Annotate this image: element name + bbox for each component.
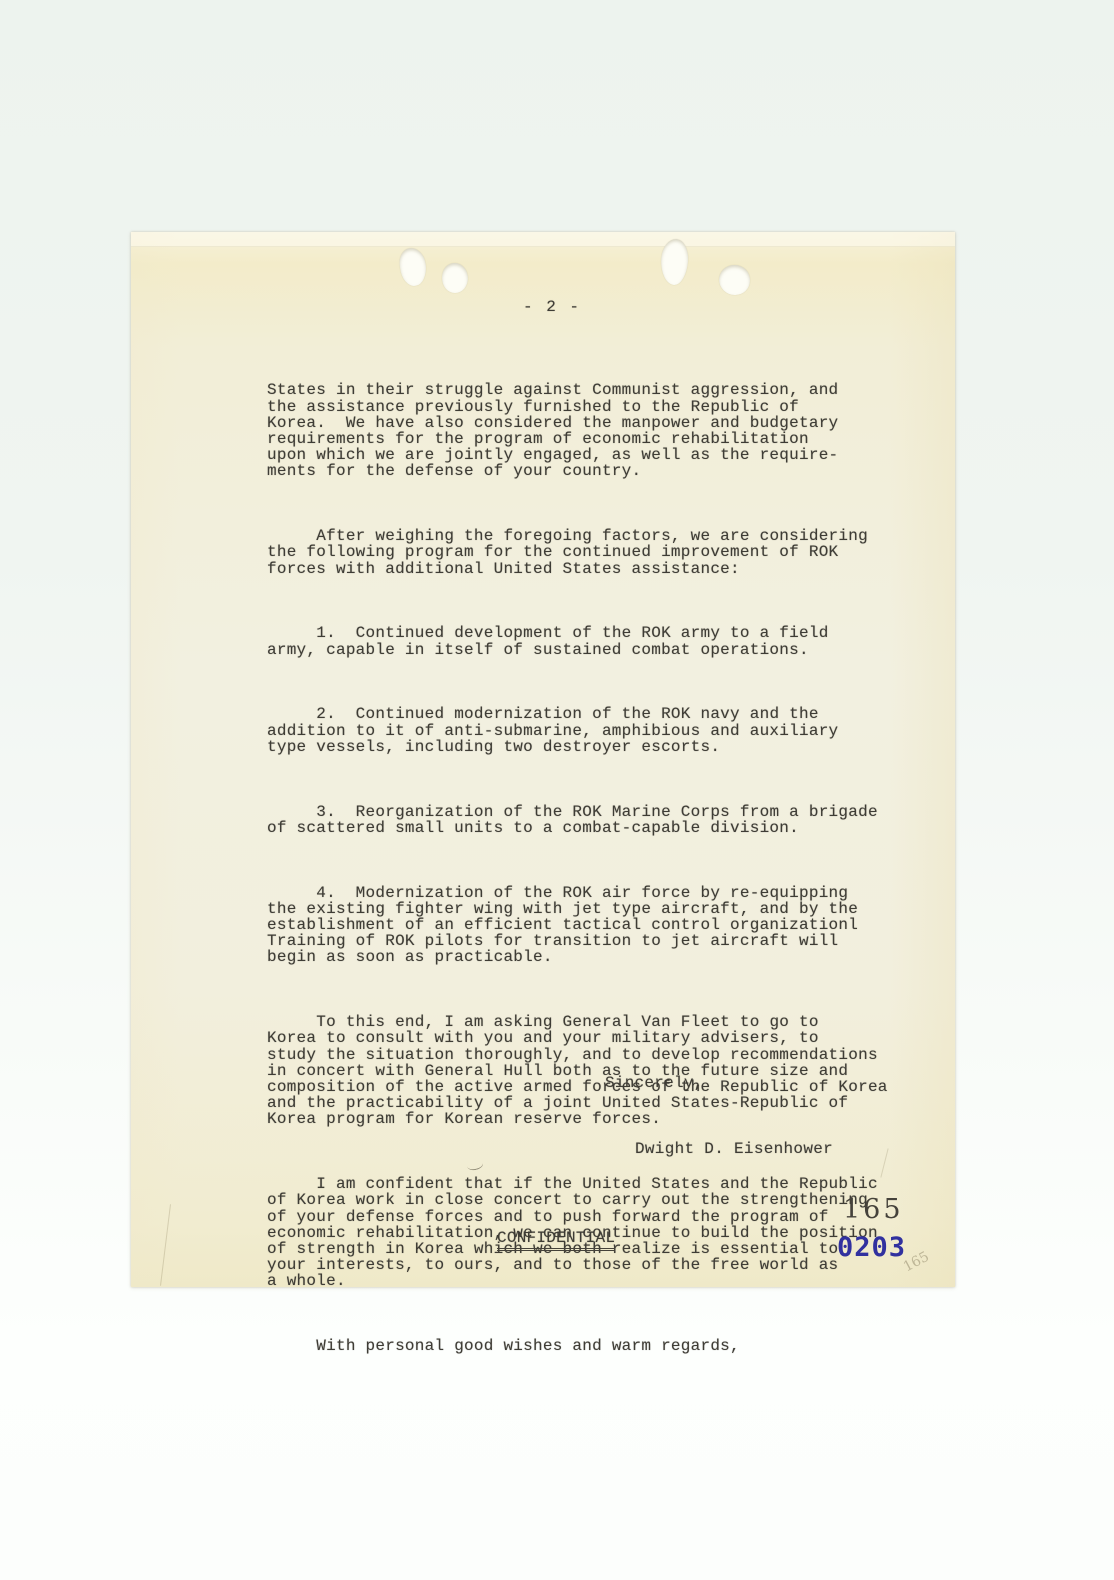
signature-name: Dwight D. Eisenhower (635, 1140, 833, 1158)
punch-hole-1 (398, 247, 428, 288)
paragraph-van-fleet: To this end, I am asking General Van Fle… (267, 1014, 947, 1127)
closing-salutation: Sincerely, (605, 1074, 704, 1092)
document-page: - 2 - States in their struggle against C… (131, 232, 955, 1287)
scan-background: - 2 - States in their struggle against C… (0, 0, 1114, 1580)
confidential-stamp: CONFIDENTIAL (497, 1229, 615, 1251)
paper-crease-left (160, 1204, 171, 1286)
punch-hole-2 (442, 263, 468, 293)
list-item-1-army: 1. Continued development of the ROK army… (267, 625, 947, 657)
list-item-3-marine-corps: 3. Reorganization of the ROK Marine Corp… (267, 804, 947, 836)
list-item-2-navy: 2. Continued modernization of the ROK na… (267, 706, 947, 755)
paragraph-regards: With personal good wishes and warm regar… (267, 1338, 947, 1354)
serial-stamp-0203: 0203 (837, 1232, 906, 1263)
list-item-4-air-force: 4. Modernization of the ROK air force by… (267, 885, 947, 966)
paragraph-intro-continuation: States in their struggle against Communi… (267, 382, 947, 479)
page-stamp-165: 165 (843, 1194, 904, 1225)
paragraph-program-intro: After weighing the foregoing factors, we… (267, 528, 947, 577)
punch-hole-3 (659, 238, 689, 286)
page-number: - 2 - (131, 298, 955, 316)
punch-hole-4 (719, 265, 750, 295)
